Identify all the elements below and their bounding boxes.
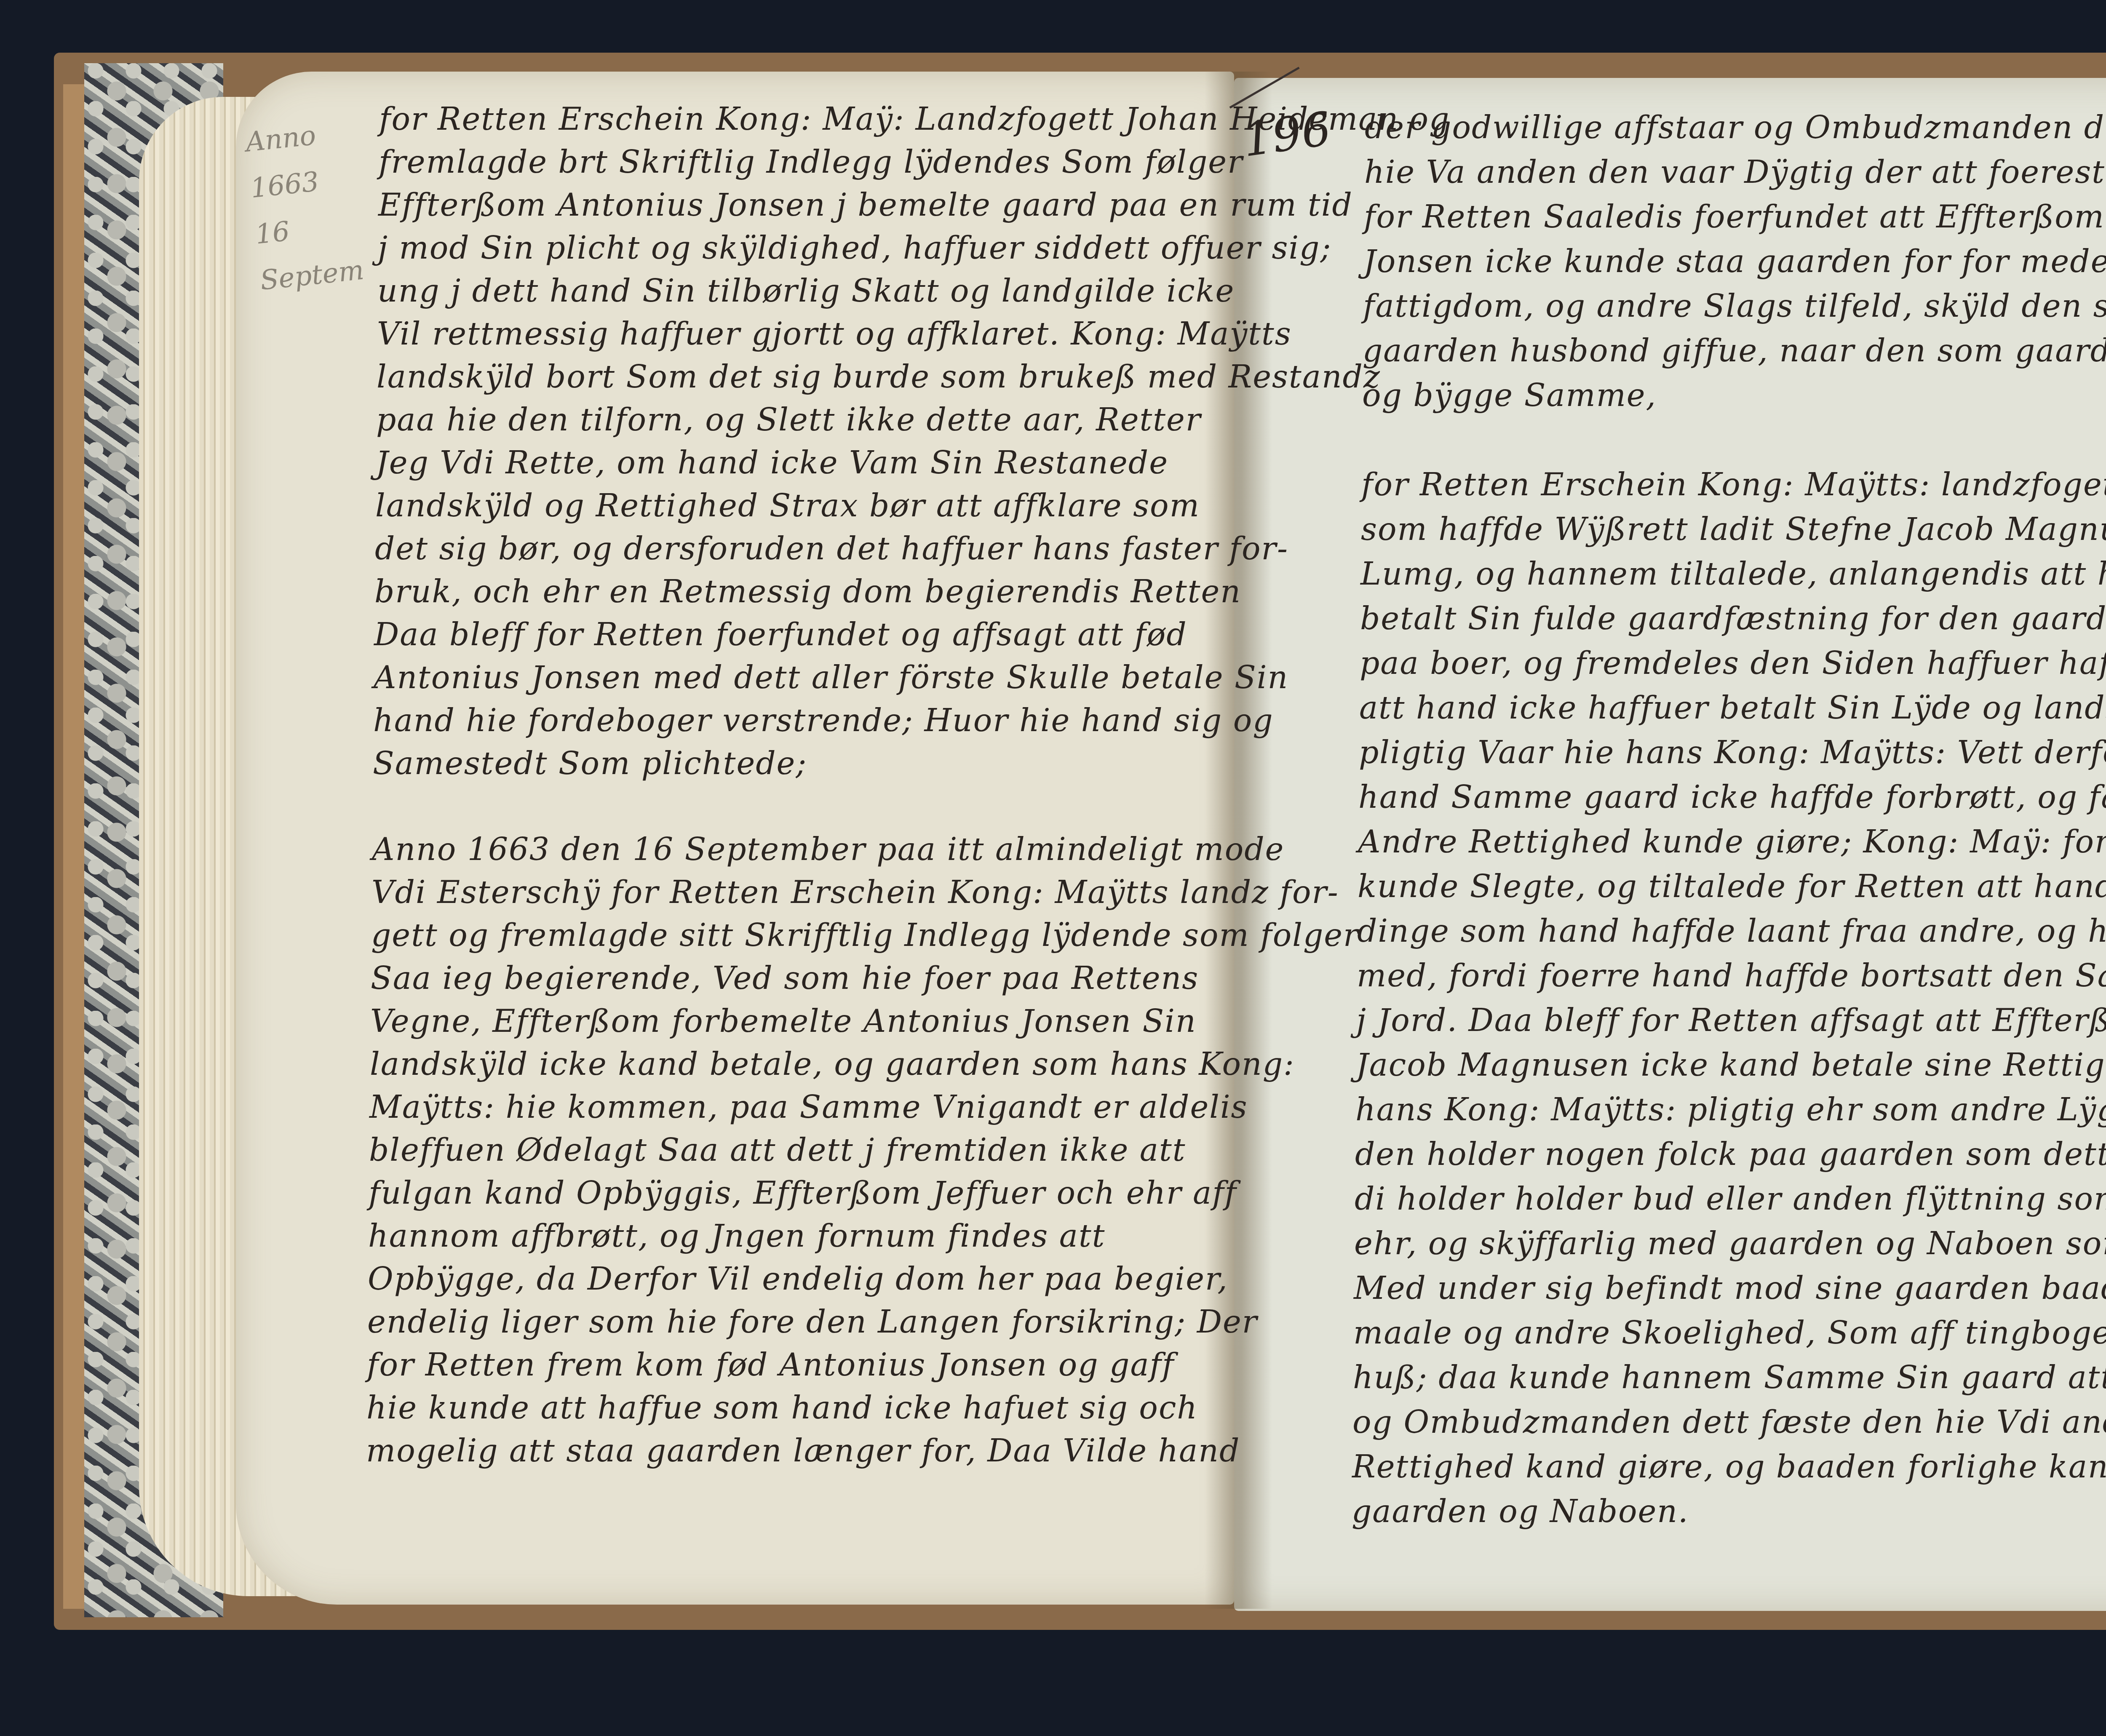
manuscript-line: maale og andre Skoelighed, Som aff tingb… <box>1353 1315 2106 1351</box>
manuscript-line: som haffde Wÿßrett ladit Stefne Jacob Ma… <box>1361 511 2106 548</box>
manuscript-line: fattigdom, og andre Slags tilfeld, skÿld… <box>1363 288 2106 324</box>
manuscript-line: fremlagde brt Skriftlig Indlegg lÿdendes… <box>379 144 1243 180</box>
manuscript-line: Lumg, og hannem tiltalede, anlangendis a… <box>1360 556 2106 592</box>
manuscript-line: mogelig att staa gaarden længer for, Daa… <box>366 1433 1240 1469</box>
manuscript-line: og Ombudzmanden dett fæste den hie Vdi a… <box>1352 1404 2106 1440</box>
manuscript-line: Antonius Jonsen med dett aller förste Sk… <box>374 660 1288 696</box>
manuscript-line: der godwillige affstaar og Ombudzmanden … <box>1365 110 2106 146</box>
manuscript-line: for Retten Erschein Kong: Maÿtts: landzf… <box>1361 467 2106 503</box>
manuscript-line: det sig bør, og dersforuden det haffuer … <box>375 531 1288 567</box>
manuscript-line: j mod Sin plicht og skÿldighed, haffuer … <box>378 230 1331 266</box>
manuscript-line: Jeg Vdi Rette, om hand icke Vam Sin Rest… <box>376 445 1168 481</box>
manuscript-line: for Retten frem kom fød Antonius Jonsen … <box>367 1347 1174 1383</box>
manuscript-line: att hand icke haffuer betalt Sin Lÿde og… <box>1359 690 2106 726</box>
manuscript-line: Vdi Esterschÿ for Retten Erschein Kong: … <box>371 874 1339 911</box>
manuscript-line: landskÿld icke kand betale, og gaarden s… <box>370 1046 1295 1082</box>
manuscript-line: landskÿld bort Som det sig burde som bru… <box>377 359 1381 395</box>
manuscript-line: Med under sig befindt mod sine gaarden b… <box>1354 1270 2106 1306</box>
manuscript-line: landskÿld og Rettighed Strax bør att aff… <box>375 488 1200 524</box>
manuscript-line: dinge som hand haffde laant fraa andre, … <box>1357 913 2106 949</box>
margin-pencil-note: Anno 1663 16 Septem <box>243 109 368 304</box>
manuscript-line: hie Va anden den vaar Dÿgtig der att foe… <box>1364 154 2106 190</box>
manuscript-line: Opbÿgge, da Derfor Vil endelig dom her p… <box>368 1261 1228 1297</box>
manuscript-line: hans Kong: Maÿtts: pligtig ehr som andre… <box>1355 1092 2106 1128</box>
manuscript-line: gett og fremlagde sitt Skrifftlig Indleg… <box>371 917 1359 953</box>
manuscript-line: gaarden husbond giffue, naar den som gaa… <box>1363 333 2106 369</box>
manuscript-line: for Retten Saaledis foerfundet att Effte… <box>1364 199 2106 235</box>
manuscript-line: Daa bleff for Retten foerfundet og affsa… <box>374 617 1187 653</box>
manuscript-line: hie kunde att haffue som hand icke hafue… <box>366 1390 1198 1426</box>
manuscript-line: kunde Slegte, og tiltalede for Retten at… <box>1358 868 2106 905</box>
manuscript-line: for Retten Erschein Kong: Maÿ: Landzfoge… <box>379 101 1450 137</box>
manuscript-line: Jonsen icke kunde staa gaarden for for m… <box>1363 243 2106 280</box>
manuscript-line: og bÿgge Samme, <box>1362 377 1657 414</box>
manuscript-line: Saa ieg begierende, Ved som hie foer paa… <box>371 960 1199 996</box>
manuscript-line: paa hie den tilforn, og Slett ikke dette… <box>376 402 1201 438</box>
manuscript-line: Maÿtts: hie kommen, paa Samme Vnigandt e… <box>369 1089 1248 1125</box>
manuscript-line: Samestedt Som plichtede; <box>373 745 807 782</box>
manuscript-line: Effterßom Antonius Jonsen j bemelte gaar… <box>378 187 1353 223</box>
manuscript-line: Andre Rettighed kunde giøre; Kong: Maÿ: … <box>1358 824 2106 860</box>
manuscript-line: Jacob Magnusen icke kand betale sine Ret… <box>1356 1047 2106 1083</box>
manuscript-line: huß; daa kunde hannem Samme Sin gaard at… <box>1353 1359 2106 1396</box>
manuscript-line: j Jord. Daa bleff for Retten affsagt att… <box>1356 1002 2106 1039</box>
manuscript-line: Rettighed kand giøre, og baaden forlighe… <box>1352 1449 2106 1485</box>
manuscript-line: di holder holder bud eller anden flÿttni… <box>1355 1181 2106 1217</box>
manuscript-line: paa boer, og fremdeles den Siden haffuer… <box>1360 645 2106 681</box>
manuscript-line: bruk, och ehr en Retmessig dom begierend… <box>374 574 1241 610</box>
manuscript-line: betalt Sin fulde gaardfæstning for den g… <box>1360 601 2106 637</box>
manuscript-line: pligtig Vaar hie hans Kong: Maÿtts: Vett… <box>1359 734 2106 771</box>
manuscript-line: den holder nogen folck paa gaarden som d… <box>1355 1136 2106 1172</box>
manuscript-line: gaarden og Naboen. <box>1352 1493 1689 1530</box>
manuscript-line: hannom affbrøtt, og Jngen fornum findes … <box>368 1218 1105 1254</box>
manuscript-line: Vegne, Effterßom forbemelte Antonius Jon… <box>370 1003 1197 1039</box>
manuscript-line: med, fordi foerre hand haffde bortsatt d… <box>1357 958 2106 994</box>
manuscript-line: Vil rettmessig haffuer gjortt og affklar… <box>377 316 1292 352</box>
manuscript-line: endelig liger som hie fore den Langen fo… <box>367 1304 1258 1340</box>
manuscript-line: fulgan kand Opbÿggis, Effterßom Jeffuer … <box>369 1175 1237 1211</box>
manuscript-line: hand Samme gaard icke haffde forbrøtt, o… <box>1358 779 2106 815</box>
manuscript-line: hand hie fordeboger verstrende; Huor hie… <box>373 702 1274 739</box>
manuscript-line: bleffuen Ødelagt Saa att dett j fremtide… <box>369 1132 1186 1168</box>
manuscript-line: ung j dett hand Sin tilbørlig Skatt og l… <box>377 273 1235 309</box>
manuscript-line: Anno 1663 den 16 September paa itt almin… <box>372 831 1284 868</box>
manuscript-line: ehr, og skÿffarlig med gaarden og Naboen… <box>1354 1226 2106 1262</box>
